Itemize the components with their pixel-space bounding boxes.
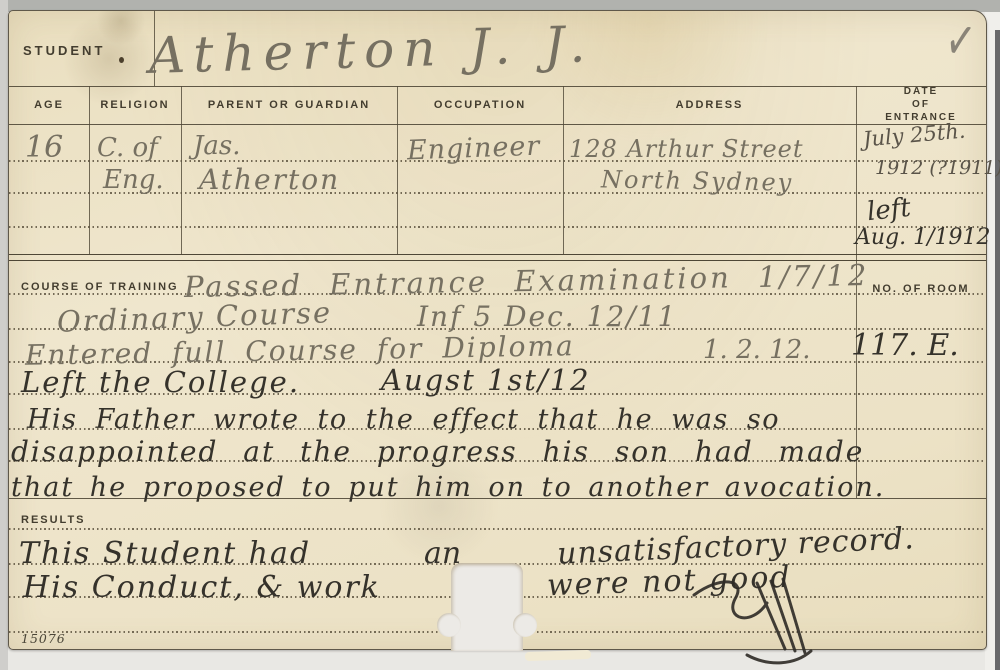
header-religion: RELIGION [89, 99, 181, 111]
divider-age [89, 86, 90, 254]
rule-under-name-row [9, 86, 986, 87]
course-line2b: Inf 5 Dec. 12/11 [417, 303, 677, 331]
header-parent-or-guardian: PARENT OR GUARDIAN [181, 99, 397, 111]
course-line5: His Father wrote to the effect that he w… [27, 406, 780, 433]
scanned-student-card: STUDENT AGE RELIGION PARENT OR GUARDIAN … [0, 0, 1000, 670]
header-address: ADDRESS [563, 99, 856, 111]
religion-line2: Eng. [103, 167, 164, 193]
age-value: 16 [25, 133, 63, 163]
scan-background-left [0, 0, 8, 670]
rule-under-header-row [9, 124, 986, 125]
parent-line1: Jas. [193, 133, 241, 159]
punch-notch [451, 563, 523, 651]
header-age: AGE [9, 99, 89, 111]
student-label: STUDENT [23, 43, 105, 58]
form-number: 15076 [21, 631, 66, 646]
address-line2: North Sydney [601, 167, 794, 194]
entrance-line3: left [866, 195, 912, 225]
course-line4b: Augst 1st/12 [381, 366, 591, 395]
religion-line1: C. of [97, 135, 158, 161]
checkmark-pencil: ✓ [943, 5, 979, 77]
occupation-value: Engineer [407, 133, 541, 165]
results-label: RESULTS [21, 514, 86, 526]
entrance-line2: 1912 (?1911) [875, 159, 1000, 178]
punch-notch-flare-right [513, 613, 537, 637]
course-line4a: Left the College. [21, 368, 300, 397]
no-of-room-label: NO. OF ROOM [856, 283, 986, 295]
header-date-line1: DATE [856, 85, 986, 98]
course-line7: that he proposed to put him on to anothe… [11, 474, 885, 501]
student-name-handwriting: Atherton J. J. [148, 19, 594, 81]
paper-chip [525, 650, 591, 661]
entrance-line4: Aug. 1/1912 [855, 227, 991, 249]
ruled-line [9, 226, 986, 228]
divider-occupation [563, 86, 564, 254]
student-record-card: STUDENT AGE RELIGION PARENT OR GUARDIAN … [8, 10, 987, 650]
punch-notch-flare-left [437, 613, 461, 637]
parent-line2: Atherton [199, 166, 340, 194]
course-line2a: Ordinary Course [57, 298, 333, 337]
divider-religion [181, 86, 182, 254]
course-of-training-label: COURSE OF TRAINING [21, 281, 179, 293]
course-line3b: 1. 2. 12. [703, 337, 811, 363]
results-line2a: His Conduct, & work [23, 573, 381, 603]
address-line1: 128 Arthur Street [569, 137, 804, 161]
room-number-value: 117. E. [851, 331, 959, 361]
course-line6: disappointed at the progress his son had… [11, 438, 864, 466]
divider-parent [397, 86, 398, 254]
signature-flourish [689, 573, 829, 665]
header-occupation: OCCUPATION [397, 99, 563, 111]
header-date-of-entrance: DATE OF ENTRANCE [856, 85, 986, 124]
ink-speck [119, 57, 124, 63]
header-date-line2: OF [856, 98, 986, 111]
results-line1a: This Student had [19, 539, 311, 569]
scan-background-edge [995, 30, 1000, 670]
